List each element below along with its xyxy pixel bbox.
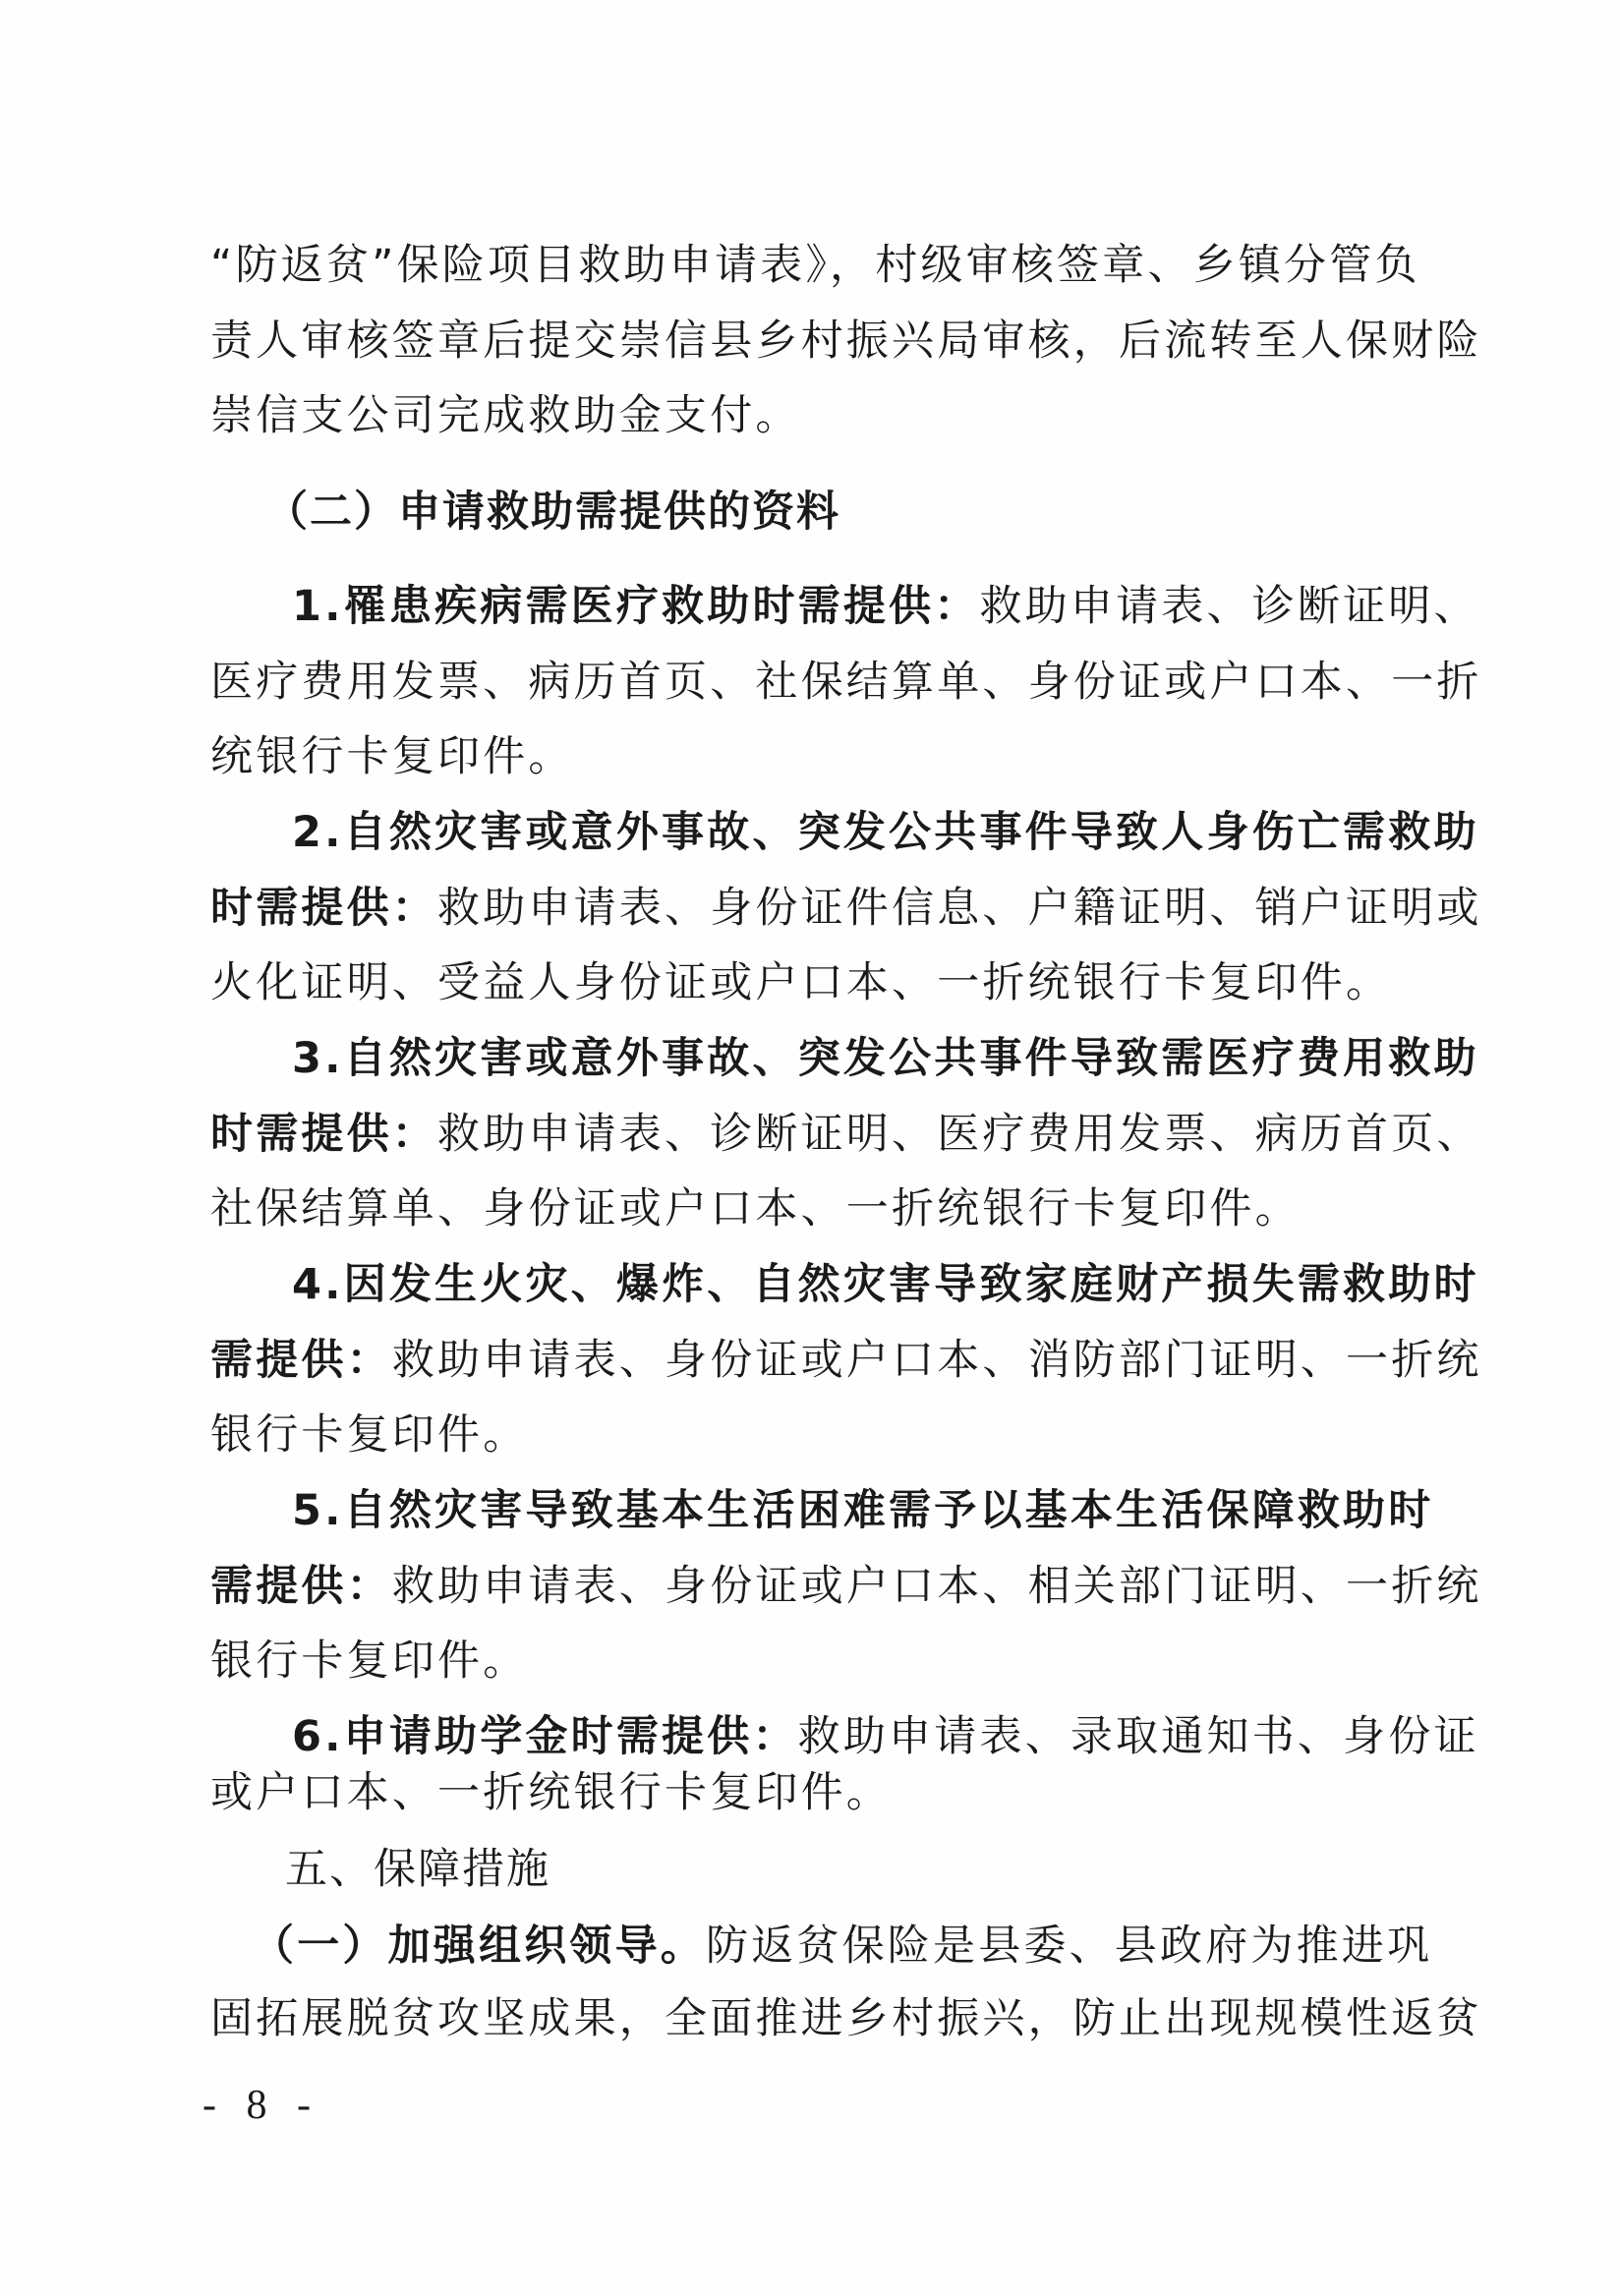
item-lead: 时需提供：	[210, 1110, 437, 1159]
section-heading: 五、保障措施	[285, 1843, 1405, 1896]
subsection-lead: （一）加强组织领导。	[252, 1922, 706, 1971]
list-item-3-line-3: 社保结算单、身份证或户口本、一折统银行卡复印件。	[210, 1182, 1412, 1235]
list-item-2-line-3: 火化证明、受益人身份证或户口本、一折统银行卡复印件。	[210, 956, 1412, 1009]
section-heading: （二）申请救助需提供的资料	[265, 486, 1385, 539]
item-text: 救助申请表、录取通知书、身份证	[798, 1712, 1479, 1761]
item-text: 救助申请表、诊断证明、	[979, 582, 1478, 631]
item-text: 救助申请表、诊断证明、医疗费用发票、病历首页、	[437, 1110, 1482, 1159]
list-item-5-line-2: 需提供：救助申请表、身份证或户口本、相关部门证明、一折统	[210, 1560, 1412, 1613]
item-text: 救助申请表、身份证件信息、户籍证明、销户证明或	[437, 884, 1482, 933]
paragraph-line: “防返贫”保险项目救助申请表》，村级审核签章、乡镇分管负	[210, 239, 1412, 292]
list-item-1-line-1: 1.罹患疾病需医疗救助时需提供：救助申请表、诊断证明、	[292, 580, 1412, 633]
list-item-2-line-1: 2.自然灾害或意外事故、突发公共事件导致人身伤亡需救助	[292, 806, 1412, 859]
list-item-3-line-1: 3.自然灾害或意外事故、突发公共事件导致需医疗费用救助	[292, 1032, 1412, 1085]
list-item-6-line-1: 6.申请助学金时需提供：救助申请表、录取通知书、身份证	[292, 1710, 1412, 1763]
list-item-6-line-2: 或户口本、一折统银行卡复印件。	[210, 1766, 1412, 1819]
document-page: “防返贫”保险项目救助申请表》，村级审核签章、乡镇分管负 责人审核签章后提交崇信…	[0, 0, 1620, 2296]
subsection-text: 防返贫保险是县委、县政府为推进巩	[706, 1922, 1432, 1971]
item-lead: 1.罹患疾病需医疗救助时需提供：	[292, 582, 979, 631]
item-lead: 需提供：	[210, 1336, 392, 1385]
list-item-2-line-2: 时需提供：救助申请表、身份证件信息、户籍证明、销户证明或	[210, 882, 1412, 935]
item-lead: 6.申请助学金时需提供：	[292, 1712, 798, 1761]
list-item-4-line-1: 4.因发生火灾、爆炸、自然灾害导致家庭财产损失需救助时	[292, 1258, 1412, 1311]
item-lead: 时需提供：	[210, 884, 437, 933]
paragraph-line: 崇信支公司完成救助金支付。	[210, 389, 1412, 442]
list-item-5-line-1: 5.自然灾害导致基本生活困难需予以基本生活保障救助时	[292, 1484, 1412, 1537]
list-item-1-line-3: 统银行卡复印件。	[210, 730, 1412, 783]
subsection-line-1: （一）加强组织领导。防返贫保险是县委、县政府为推进巩	[252, 1920, 1412, 1973]
list-item-4-line-3: 银行卡复印件。	[210, 1408, 1412, 1462]
subsection-line-2: 固拓展脱贫攻坚成果，全面推进乡村振兴，防止出现规模性返贫	[210, 1992, 1412, 2045]
list-item-4-line-2: 需提供：救助申请表、身份证或户口本、消防部门证明、一折统	[210, 1334, 1412, 1387]
item-text: 救助申请表、身份证或户口本、相关部门证明、一折统	[392, 1562, 1482, 1611]
list-item-1-line-2: 医疗费用发票、病历首页、社保结算单、身份证或户口本、一折	[210, 656, 1412, 709]
list-item-5-line-3: 银行卡复印件。	[210, 1635, 1412, 1688]
item-text: 救助申请表、身份证或户口本、消防部门证明、一折统	[392, 1336, 1482, 1385]
paragraph-line: 责人审核签章后提交崇信县乡村振兴局审核，后流转至人保财险	[210, 315, 1412, 368]
page-number: - 8 -	[202, 2082, 320, 2129]
item-lead: 需提供：	[210, 1562, 392, 1611]
list-item-3-line-2: 时需提供：救助申请表、诊断证明、医疗费用发票、病历首页、	[210, 1108, 1412, 1161]
